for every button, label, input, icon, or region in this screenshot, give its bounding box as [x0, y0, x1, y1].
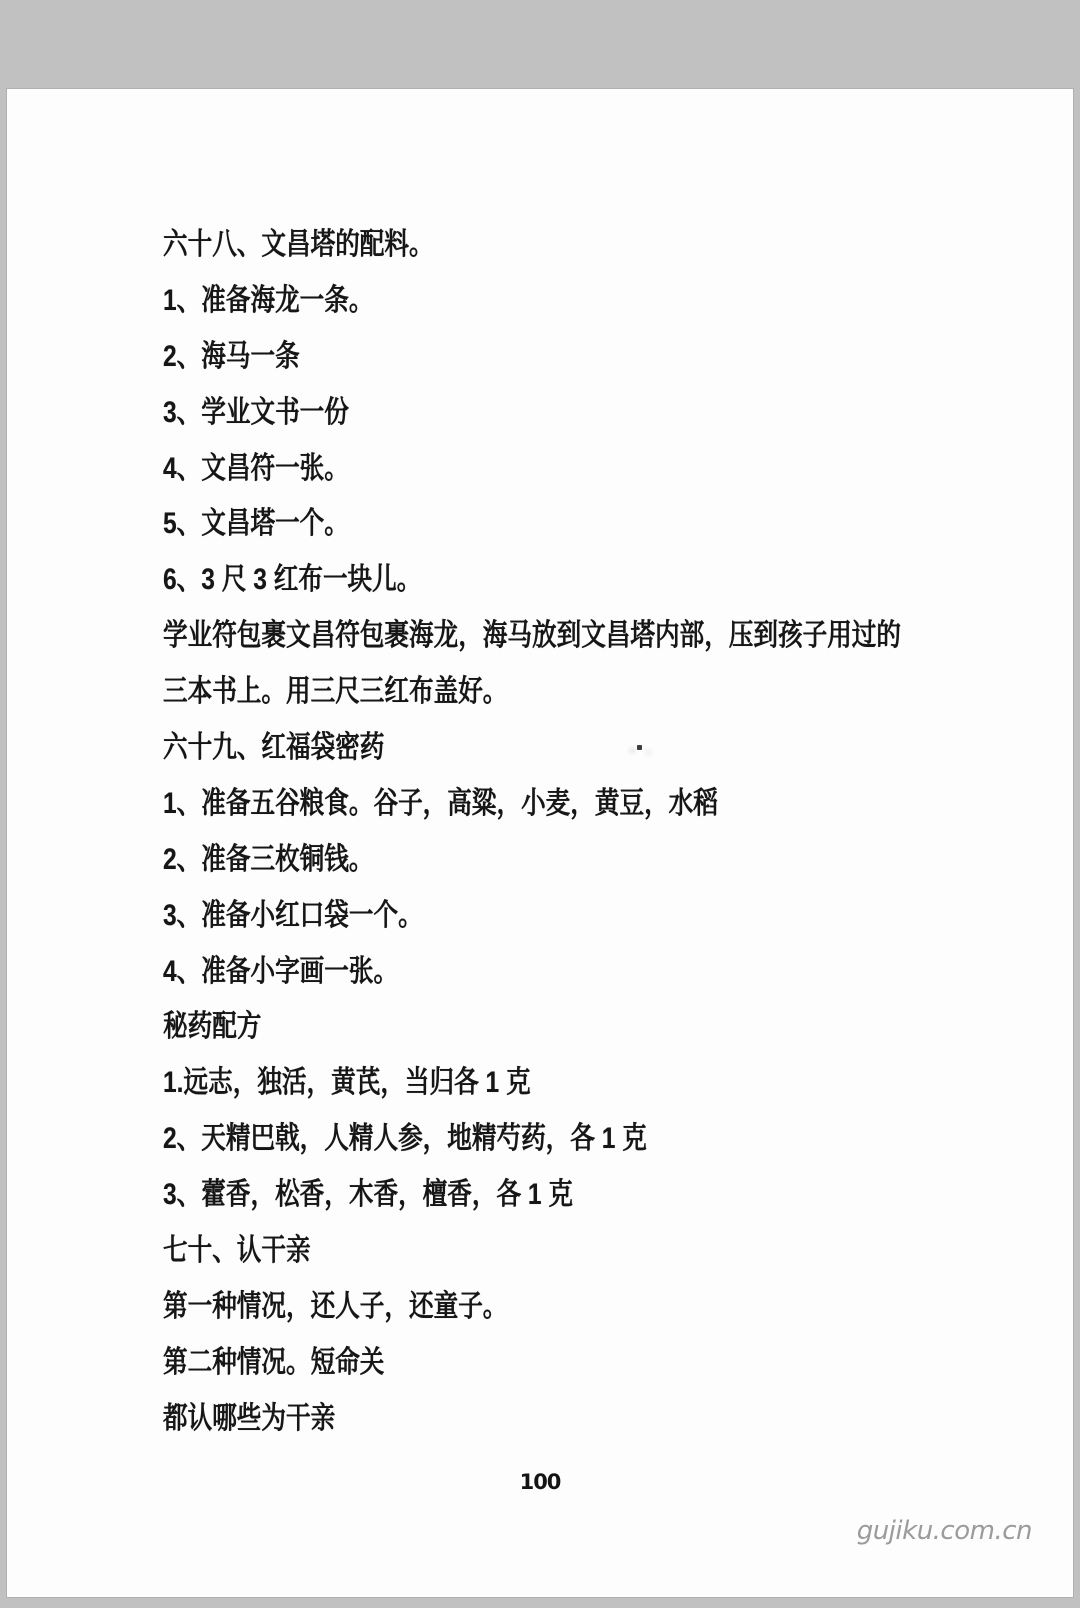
- document-viewer: 六十八、文昌塔的配料。 1、准备海龙一条。 2、海马一条 3、学业文书一份 4、…: [0, 0, 1080, 1608]
- document-page: 六十八、文昌塔的配料。 1、准备海龙一条。 2、海马一条 3、学业文书一份 4、…: [7, 89, 1073, 1597]
- list-item: 3、学业文书一份: [163, 385, 901, 441]
- scan-artifact-dot: [637, 745, 642, 750]
- section-heading-69: 六十九、红福袋密药: [163, 720, 901, 776]
- subheading-recipe: 秘药配方: [163, 999, 901, 1055]
- list-item: 1、准备海龙一条。: [163, 273, 901, 329]
- page-number: 100: [7, 1470, 1073, 1494]
- list-item: 1.远志，独活，黄芪，当归各 1 克: [163, 1055, 901, 1111]
- list-item: 6、3 尺 3 红布一块儿。: [163, 552, 901, 608]
- list-item: 1、准备五谷粮食。谷子，高粱，小麦，黄豆，水稻: [163, 776, 901, 832]
- page-text-block: 六十八、文昌塔的配料。 1、准备海龙一条。 2、海马一条 3、学业文书一份 4、…: [163, 217, 1063, 1447]
- list-item: 3、准备小红口袋一个。: [163, 888, 901, 944]
- paragraph-line: 三本书上。用三尺三红布盖好。: [163, 664, 901, 720]
- list-item: 2、天精巴戟，人精人参，地精芍药，各 1 克: [163, 1111, 901, 1167]
- list-item: 4、文昌符一张。: [163, 441, 901, 497]
- list-item: 5、文昌塔一个。: [163, 496, 901, 552]
- paragraph-line: 都认哪些为干亲: [163, 1391, 901, 1447]
- paragraph-line: 第二种情况。短命关: [163, 1335, 901, 1391]
- list-item: 2、准备三枚铜钱。: [163, 832, 901, 888]
- paragraph-line: 第一种情况，还人子，还童子。: [163, 1279, 901, 1335]
- list-item: 2、海马一条: [163, 329, 901, 385]
- section-heading-70: 七十、认干亲: [163, 1223, 901, 1279]
- list-item: 3、藿香，松香，木香，檀香，各 1 克: [163, 1167, 901, 1223]
- section-heading-68: 六十八、文昌塔的配料。: [163, 217, 901, 273]
- watermark-text: gujiku.com.cn: [857, 1516, 1032, 1546]
- list-item: 4、准备小字画一张。: [163, 944, 901, 1000]
- paragraph-line: 学业符包裹文昌符包裹海龙，海马放到文昌塔内部，压到孩子用过的: [163, 608, 901, 664]
